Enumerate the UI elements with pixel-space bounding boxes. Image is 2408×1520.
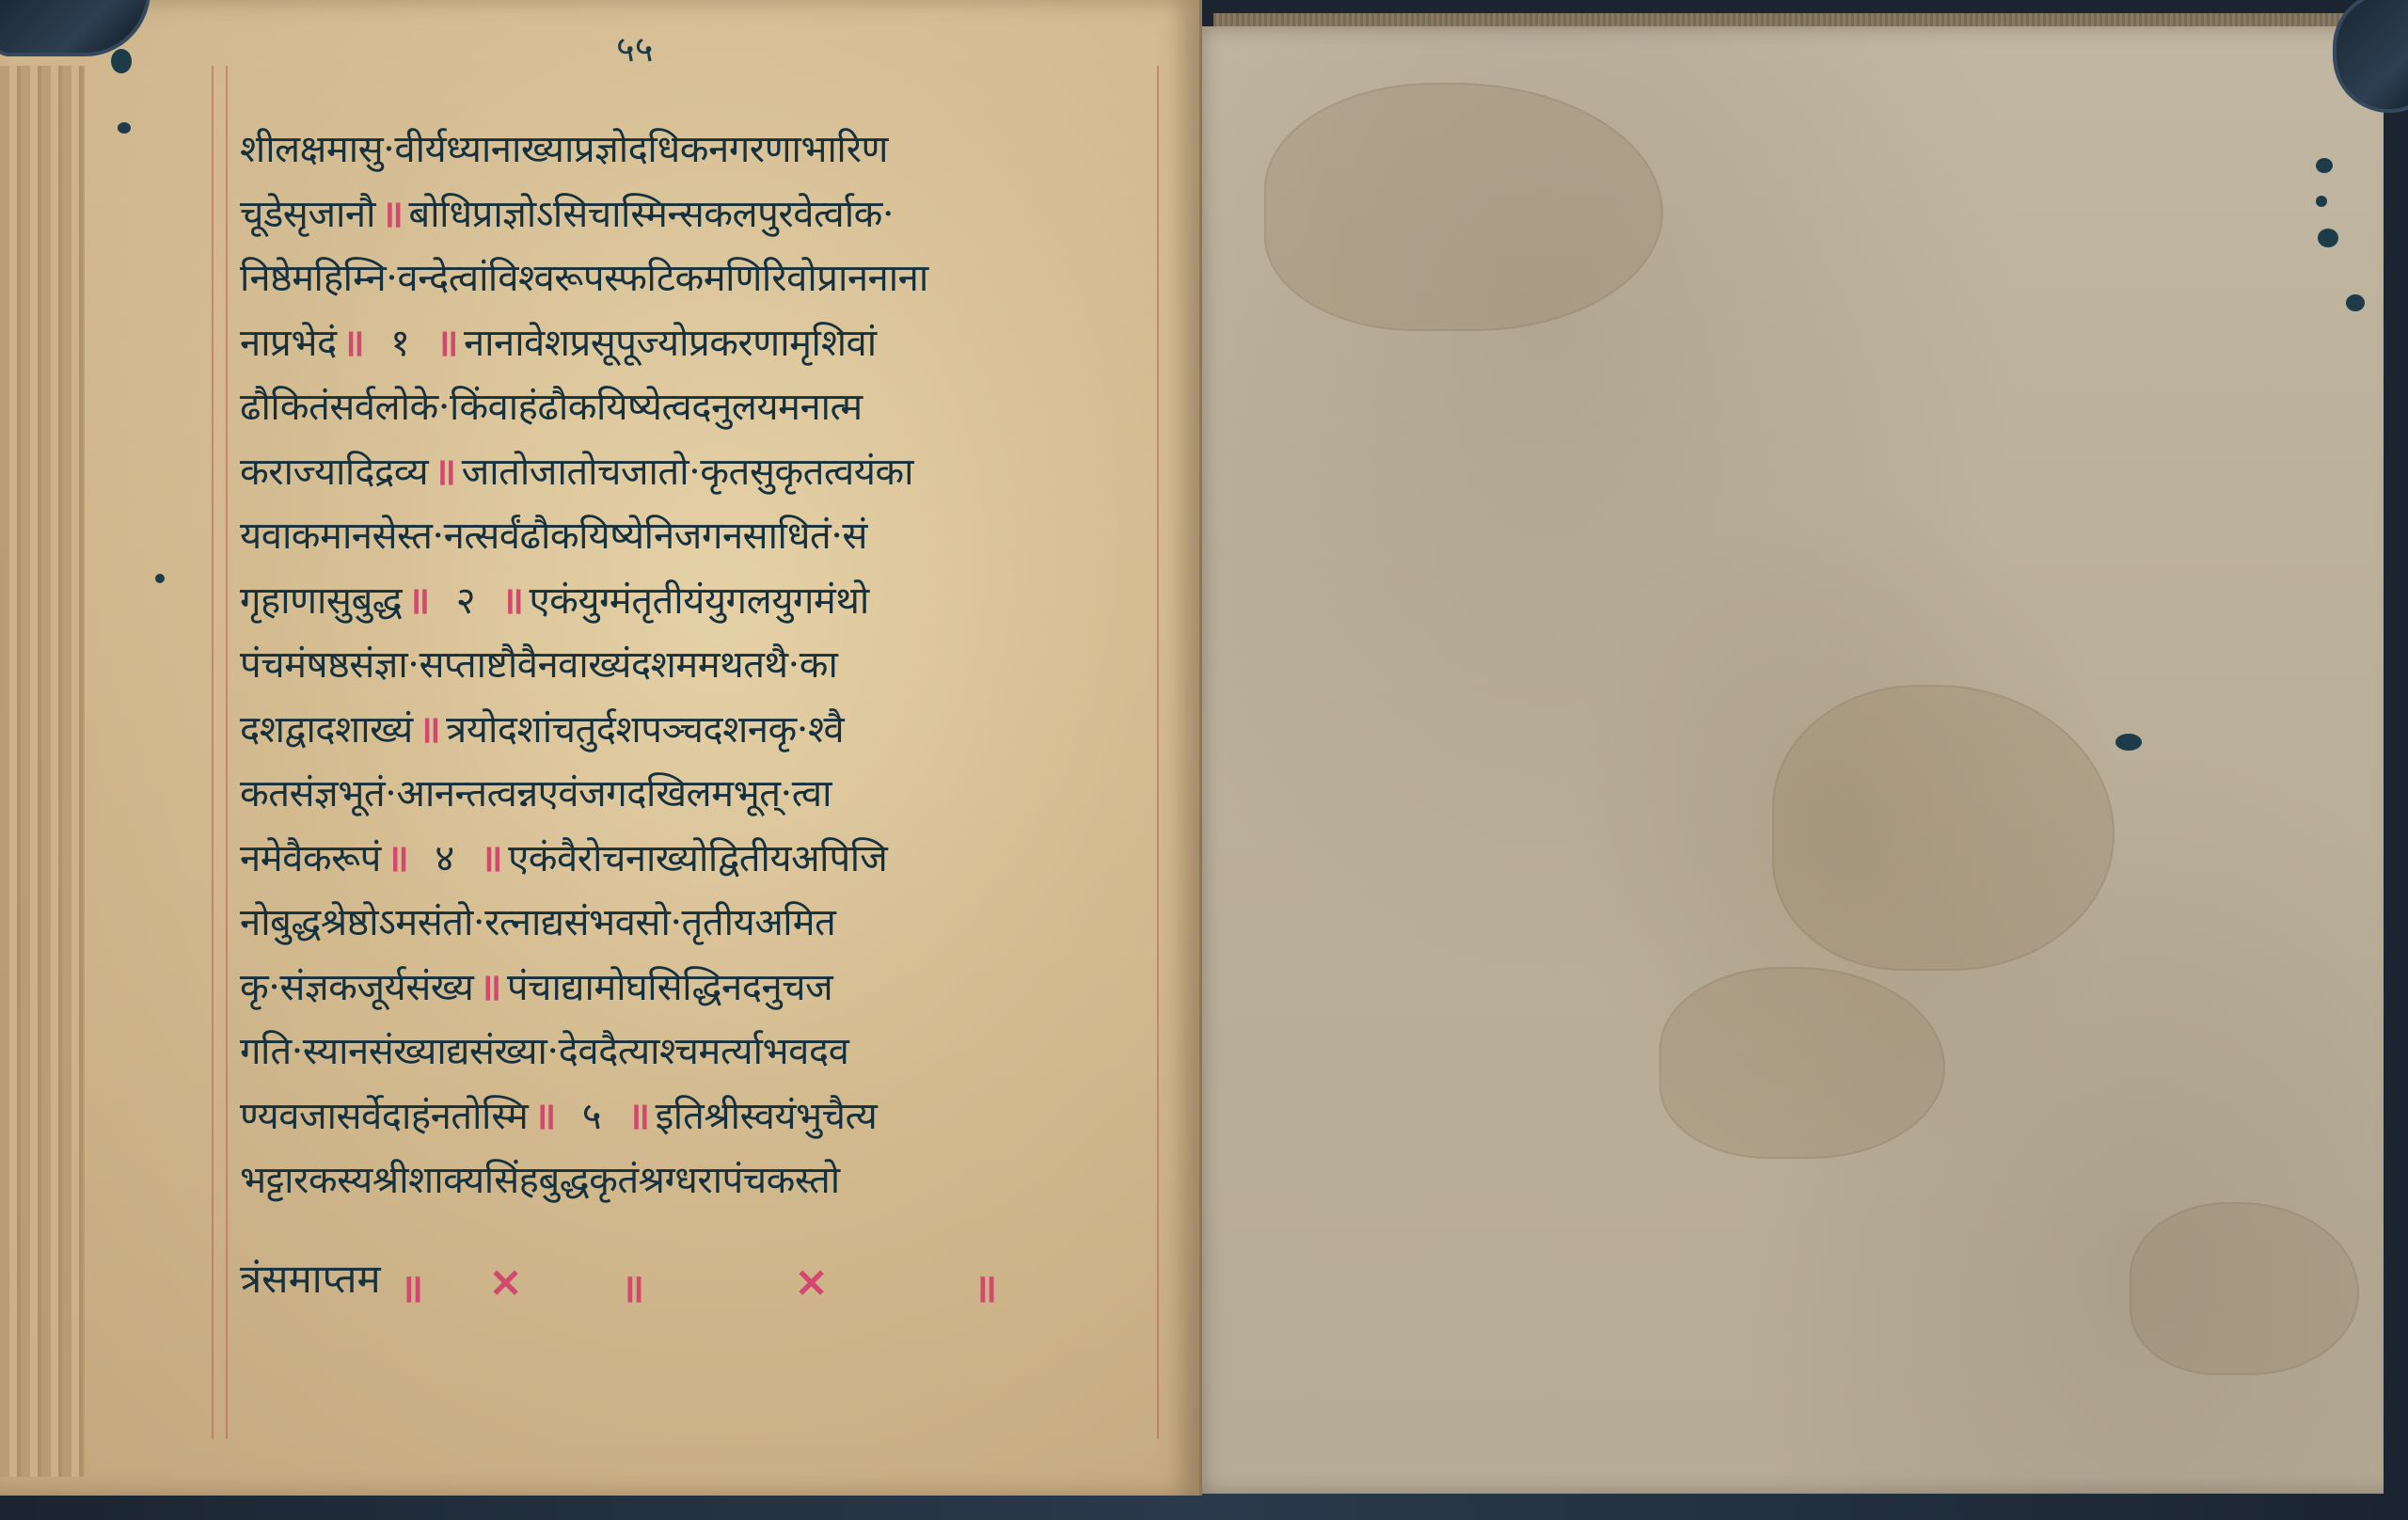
verse-number: १ [390,322,409,365]
double-danda-rubric: ॥ [501,578,523,623]
double-danda-rubric: ॥ [381,192,403,236]
right-folio-blank [1185,26,2384,1494]
line-text: शीलक्षमासु·वीर्यध्यानाख्याप्रज्ञोदधिकनगर… [240,128,888,171]
text-line-12: नमेवैकरूपं॥४॥एकंवैरोचनाख्योद्वितीयअपिजि [240,827,1162,892]
text-line-2: चूडेसृजानौ॥बोधिप्राज्ञोऽसिचास्मिन्सकलपुर… [240,182,1162,247]
ink-blot [2318,229,2338,247]
text-line-3: निष्ठेमहिम्नि·वन्देत्वांविश्वरूपस्फटिकमण… [240,246,1162,311]
line-text: दशद्वादशाख्यं [240,708,413,752]
double-danda-rubric: ॥ [481,836,502,880]
text-line-10: दशद्वादशाख्यं॥त्रयोदशांचतुर्दशपञ्चदशनकृ·… [240,698,1162,763]
double-danda-rubric: ॥ [436,321,457,365]
line-text: कृ·संज्ञकजूर्यसंख्य [240,966,473,1009]
double-danda-rubric: ॥ [479,965,500,1009]
line-text: पंचमंषष्ठसंज्ञा·सप्ताष्टौवैनवाख्यंदशममथत… [240,643,837,687]
double-danda-rubric: ॥ [533,1094,555,1138]
text-line-16: ण्यवजासर्वेदाहंनतोस्मि॥५॥इतिश्रीस्वयंभुच… [240,1085,1162,1149]
manuscript-text-block: शीलक्षमासु·वीर्यध्यानाख्याप्रज्ञोदधिकनगर… [240,118,1162,1213]
ink-blot [2346,294,2365,311]
line-text: त्रयोदशांचतुर्दशपञ्चदशनकृ·श्वै [446,708,844,752]
double-danda-rubric: ॥ [621,1260,644,1314]
double-danda-rubric: ॥ [342,321,364,365]
text-line-7: यवाकमानसेस्त·नत्सर्वंढौकयिष्येनिजगनसाधित… [240,504,1162,569]
double-danda-rubric: ॥ [419,707,440,752]
folio-number: ५५ [616,24,654,72]
line-text: बोधिप्राज्ञोऽसिचास्मिन्सकलपुरवेर्त्वाक· [408,193,894,236]
line-text: ण्यवजासर्वेदाहंनतोस्मि [240,1095,528,1138]
line-text: कतसंज्ञभूतं·आनन्तत्वन्नएवंजगदखिलमभूत्·त्… [240,772,832,815]
double-danda-rubric: ॥ [434,450,455,494]
text-line-5: ढौकितंसर्वलोके·किंवाहंढौकयिष्येत्वदनुलयम… [240,375,1162,440]
ink-blot [111,49,132,73]
line-text: ढौकितंसर्वलोके·किंवाहंढौकयिष्येत्वदनुलयम… [240,386,863,429]
margin-ruling-left-inner [226,66,228,1439]
ink-blot [2115,734,2142,751]
text-line-11: कतसंज्ञभूतं·आनन्तत्वन्नएवंजगदखिलमभूत्·त्… [240,762,1162,827]
text-line-9: पंचमंषष्ठसंज्ञा·सप्ताष्टौवैनवाख्यंदशममथत… [240,633,1162,698]
water-stain [1264,83,1663,331]
ink-blot [155,574,165,583]
left-folio-written: ५५ शीलक्षमासु·वीर्यध्यानाख्याप्रज्ञोदधिक… [0,0,1202,1496]
cross-ornament-icon: ✕ [795,1260,828,1306]
line-text: जातोजातोचजातो·कृतसुकृतत्वयंका [462,451,913,494]
closing-text: त्रंसमाप्तम [240,1256,381,1302]
water-stain [2130,1202,2359,1375]
text-line-1: शीलक्षमासु·वीर्यध्यानाख्याप्रज्ञोदधिकनगर… [240,118,1162,182]
cross-ornament-icon: ✕ [489,1260,522,1306]
colophon-closing: त्रंसमाप्तम ॥ ✕ ॥ ✕ ॥ [240,1251,1086,1317]
line-text: नोबुद्धश्रेष्ठोऽमसंतो·रत्नाद्यसंभवसो·तृत… [240,901,835,944]
double-danda-rubric: ॥ [974,1260,997,1314]
line-text: एकंवैरोचनाख्योद्वितीयअपिजि [508,837,887,880]
text-line-6: कराज्यादिद्रव्य॥जातोजातोचजातो·कृतसुकृतत्… [240,440,1162,505]
line-text: निष्ठेमहिम्नि·वन्देत्वांविश्वरूपस्फटिकमण… [240,257,928,300]
double-danda-rubric: ॥ [400,1260,423,1314]
text-line-15: गति·स्यानसंख्याद्यसंख्या·देवदैत्याश्चमर्… [240,1020,1162,1085]
line-text: कराज्यादिद्रव्य [240,451,428,494]
line-text: गति·स्यानसंख्याद्यसंख्या·देवदैत्याश्चमर्… [240,1030,848,1073]
stacked-page-edges [0,66,85,1477]
text-line-17: भट्टारकस्यश्रीशाक्यसिंहबुद्धकृतंश्रग्धरा… [240,1148,1162,1213]
line-text: भट्टारकस्यश्रीशाक्यसिंहबुद्धकृतंश्रग्धरा… [240,1159,840,1202]
ink-blot [118,122,131,134]
verse-number: ४ [435,837,453,880]
water-stain [1772,685,2115,971]
text-line-13: नोबुद्धश्रेष्ठोऽमसंतो·रत्नाद्यसंभवसो·तृत… [240,891,1162,956]
text-line-8: गृहाणासुबुद्ध॥२॥एकंयुग्मंतृतीयंयुगलयुगमं… [240,569,1162,634]
line-text: नमेवैकरूपं [240,837,381,880]
ink-blot [2316,196,2327,207]
verse-number: ५ [582,1095,601,1138]
text-line-4: नाप्रभेदं॥१॥नानावेशप्रसूपूज्योप्रकरणामृश… [240,311,1162,376]
double-danda-rubric: ॥ [627,1094,649,1138]
water-stain [1659,967,1945,1159]
line-text: पंचाद्यामोघसिद्धिनदनुचज [507,966,832,1009]
double-danda-rubric: ॥ [387,836,408,880]
double-danda-rubric: ॥ [407,578,429,623]
line-text: एकंयुग्मंतृतीयंयुगलयुगमंथो [530,579,869,623]
line-text: इतिश्रीस्वयंभुचैत्य [656,1095,878,1138]
line-text: यवाकमानसेस्त·नत्सर्वंढौकयिष्येनिजगनसाधित… [240,515,867,558]
line-text: नानावेशप्रसूपूज्योप्रकरणामृशिवां [464,322,877,365]
margin-ruling-left [212,66,214,1439]
text-line-14: कृ·संज्ञकजूर्यसंख्य॥पंचाद्यामोघसिद्धिनदन… [240,956,1162,1021]
line-text: गृहाणासुबुद्ध [240,579,402,623]
line-text: नाप्रभेदं [240,322,337,365]
line-text: चूडेसृजानौ [240,193,375,236]
verse-number: २ [456,579,475,623]
ink-blot [2316,158,2333,173]
